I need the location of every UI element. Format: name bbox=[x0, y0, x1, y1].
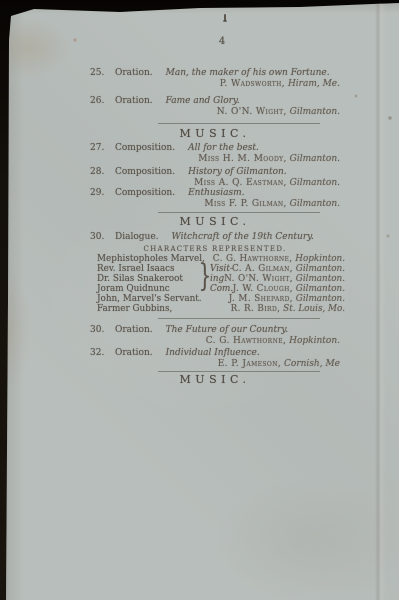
item-number: 27. bbox=[90, 143, 115, 154]
item-type: Oration. bbox=[115, 96, 153, 106]
actor-place: Gilmanton. bbox=[296, 274, 345, 284]
character-row: Mephistopholes Marvel,C. G. Hawthorne, H… bbox=[97, 254, 345, 264]
actor-place: Gilmanton. bbox=[296, 284, 345, 294]
item-line: 28.Composition.History of Gilmanton. bbox=[90, 167, 340, 178]
performer-name: E. P. Jameson, bbox=[218, 359, 281, 369]
actor-name: J. W. Clough, bbox=[233, 284, 293, 294]
character-row: Farmer Gubbins,R. R. Bird, St. Louis, Mo… bbox=[97, 304, 345, 314]
item-type: Oration. bbox=[115, 348, 153, 358]
performer-line: E. P. Jameson, Cornish, Me bbox=[90, 359, 340, 370]
item-number: 32. bbox=[90, 348, 115, 359]
program-item-27: 27.Composition.All for the best. Miss H.… bbox=[90, 143, 340, 165]
performer-name: N. O'N. Wight, bbox=[217, 107, 287, 117]
program-item-29: 29.Composition.Enthusiasm. Miss F. P. Gi… bbox=[90, 188, 340, 210]
item-title: The Future of our Country. bbox=[166, 325, 288, 335]
performer-name: Miss A. Q. Eastman, bbox=[194, 178, 287, 188]
performer-name: Miss H. M. Moody, bbox=[198, 154, 287, 164]
scanned-program-page: 4 25.Oration.Man, the maker of his own F… bbox=[0, 0, 399, 600]
item-type: Dialogue. bbox=[115, 232, 159, 242]
item-type: Oration. bbox=[115, 325, 153, 335]
brace-label: ing bbox=[210, 274, 233, 284]
item-type: Oration. bbox=[115, 68, 153, 78]
page-number: 4 bbox=[214, 36, 230, 47]
item-number: 28. bbox=[90, 167, 115, 178]
performer-place: Gilmanton. bbox=[290, 178, 340, 188]
program-item-32: 32.Oration.Individual Influence. E. P. J… bbox=[90, 348, 340, 370]
actor-place: Hopkinton. bbox=[295, 254, 345, 264]
program-item-26: 26.Oration.Fame and Glory. N. O'N. Wight… bbox=[90, 96, 340, 118]
actor-place: Gilmanton. bbox=[296, 264, 345, 274]
item-line: 29.Composition.Enthusiasm. bbox=[90, 188, 340, 199]
performer-line: Miss F. P. Gilman, Gilmanton. bbox=[90, 199, 340, 210]
item-title: All for the best. bbox=[188, 143, 259, 153]
performer-line: C. G. Hawthorne, Hopkinton. bbox=[90, 336, 340, 347]
characters-list: Mephistopholes Marvel,C. G. Hawthorne, H… bbox=[97, 254, 345, 314]
actor-name: J. M. Shepard, bbox=[229, 294, 293, 304]
item-title: Witchcraft of the 19th Century. bbox=[172, 232, 314, 242]
character-actor: J. M. Shepard, Gilmanton. bbox=[229, 294, 345, 304]
character-role: John, Marvel's Servant. bbox=[97, 294, 202, 304]
character-row: John, Marvel's Servant.J. M. Shepard, Gi… bbox=[97, 294, 345, 304]
program-item-30-dialogue: 30.Dialogue.Witchcraft of the 19th Centu… bbox=[90, 232, 340, 243]
character-role: Joram Quidnunc bbox=[97, 284, 170, 294]
performer-name: C. G. Hawthorne, bbox=[206, 336, 287, 346]
item-title: Individual Influence. bbox=[166, 348, 260, 358]
performer-name: P. Wadsworth, bbox=[220, 79, 285, 89]
actor-place: St. Louis, Mo. bbox=[283, 304, 345, 314]
brace-label: Com. bbox=[210, 284, 233, 294]
item-title: Fame and Glory. bbox=[166, 96, 240, 106]
performer-place: Gilmanton. bbox=[290, 199, 340, 209]
item-number: 30. bbox=[90, 232, 115, 243]
actor-place: Gilmanton. bbox=[296, 294, 345, 304]
music-heading: MUSIC. bbox=[90, 374, 340, 385]
music-heading: MUSIC. bbox=[90, 216, 340, 227]
divider-line bbox=[158, 318, 320, 319]
item-line: 25.Oration.Man, the maker of his own For… bbox=[90, 68, 340, 79]
divider-line bbox=[158, 371, 320, 372]
brace-label: Visit- bbox=[210, 264, 233, 274]
item-line: 30.Dialogue.Witchcraft of the 19th Centu… bbox=[90, 232, 340, 243]
program-item-31: 30.Oration.The Future of our Country. C.… bbox=[90, 325, 340, 347]
item-type: Composition. bbox=[115, 188, 175, 198]
character-role: Rev. Israel Isaacs bbox=[97, 264, 175, 274]
actor-name: N. O'N. Wight, bbox=[224, 274, 293, 284]
performer-place: Hiram, Me. bbox=[288, 79, 340, 89]
item-title: Enthusiasm. bbox=[188, 188, 244, 198]
item-type: Composition. bbox=[115, 143, 175, 153]
character-actor: N. O'N. Wight, Gilmanton. bbox=[224, 274, 345, 284]
item-number: 25. bbox=[90, 68, 115, 79]
divider-line bbox=[158, 212, 320, 213]
item-number: 26. bbox=[90, 96, 115, 107]
page-content: 4 25.Oration.Man, the maker of his own F… bbox=[0, 0, 399, 600]
item-title: History of Gilmanton. bbox=[188, 167, 287, 177]
character-actor: J. W. Clough, Gilmanton. bbox=[233, 284, 345, 294]
performer-name: Miss F. P. Gilman, bbox=[204, 199, 286, 209]
character-actor: R. R. Bird, St. Louis, Mo. bbox=[231, 304, 345, 314]
performer-place: Hopkinton. bbox=[289, 336, 340, 346]
item-line: 26.Oration.Fame and Glory. bbox=[90, 96, 340, 107]
actor-name: C. A. Gilman, bbox=[232, 264, 293, 274]
item-line: 32.Oration.Individual Influence. bbox=[90, 348, 340, 359]
character-actor: C. G. Hawthorne, Hopkinton. bbox=[213, 254, 345, 264]
item-type: Composition. bbox=[115, 167, 175, 177]
program-item-25: 25.Oration.Man, the maker of his own For… bbox=[90, 68, 340, 90]
performer-line: P. Wadsworth, Hiram, Me. bbox=[90, 79, 340, 90]
ink-mark bbox=[224, 14, 226, 21]
item-number: 29. bbox=[90, 188, 115, 199]
item-line: 27.Composition.All for the best. bbox=[90, 143, 340, 154]
music-heading: MUSIC. bbox=[90, 128, 340, 139]
item-title: Man, the maker of his own Fortune. bbox=[166, 68, 330, 78]
performer-line: Miss H. M. Moody, Gilmanton. bbox=[90, 154, 340, 165]
brace-labels: Visit- ing Com. bbox=[210, 264, 233, 294]
character-role: Mephistopholes Marvel, bbox=[97, 254, 205, 264]
actor-name: R. R. Bird, bbox=[231, 304, 281, 314]
item-number: 30. bbox=[90, 325, 115, 336]
performer-place: Cornish, Me bbox=[284, 359, 340, 369]
character-role: Farmer Gubbins, bbox=[97, 304, 172, 314]
program-item-28: 28.Composition.History of Gilmanton. Mis… bbox=[90, 167, 340, 189]
performer-place: Gilmanton. bbox=[290, 154, 340, 164]
actor-name: C. G. Hawthorne, bbox=[213, 254, 293, 264]
character-actor: C. A. Gilman, Gilmanton. bbox=[232, 264, 345, 274]
item-line: 30.Oration.The Future of our Country. bbox=[90, 325, 340, 336]
character-role: Dr. Silas Snakeroot bbox=[97, 274, 183, 284]
performer-line: N. O'N. Wight, Gilmanton. bbox=[90, 107, 340, 118]
divider-line bbox=[158, 123, 320, 124]
performer-place: Gilmanton. bbox=[290, 107, 340, 117]
